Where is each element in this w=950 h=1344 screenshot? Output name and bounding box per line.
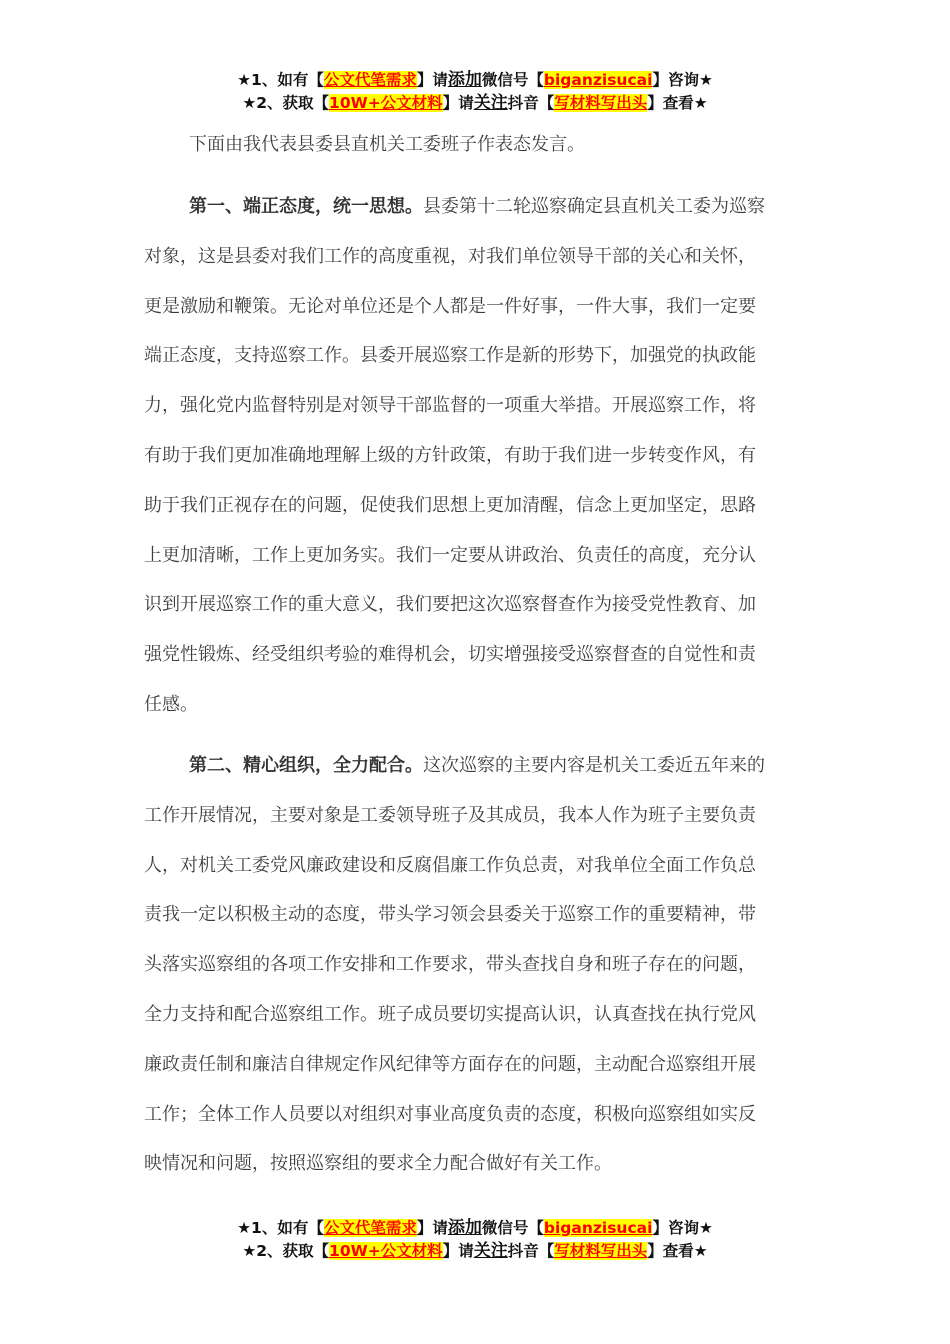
section-2: 第二、精心组织，全力配合。这次巡察的主要内容是机关工委近五年来的 工作开展情况，…: [144, 741, 806, 1189]
banner-text: 微信号【: [482, 1219, 544, 1237]
text-line: 端正态度，支持巡察工作。县委开展巡察工作是新的形势下，加强党的执政能: [144, 331, 806, 381]
header-banner: ★1、如有【公文代笔需求】请添加微信号【biganzisucai】咨询★ ★2、…: [0, 69, 950, 115]
banner-text: 】请: [417, 71, 448, 89]
text-line: 识到开展巡察工作的重大意义，我们要把这次巡察督查作为接受党性教育、加: [144, 580, 806, 630]
text-line: 头落实巡察组的各项工作安排和工作要求，带头查找自身和班子存在的问题，: [144, 940, 806, 990]
footer-banner: ★1、如有【公文代笔需求】请添加微信号【biganzisucai】咨询★ ★2、…: [0, 1217, 950, 1263]
section-heading: 第一、端正态度，统一思想。: [189, 196, 423, 217]
highlight-materials: 10W+公文材料: [329, 1242, 443, 1260]
text-line: 廉政责任制和廉洁自律规定作风纪律等方面存在的问题，主动配合巡察组开展: [144, 1040, 806, 1090]
text-line: 任感。: [144, 680, 806, 730]
banner-text: 】查看★: [647, 1242, 707, 1260]
text-line: 人，对机关工委党风廉政建设和反腐倡廉工作负总责，对我单位全面工作负总: [144, 841, 806, 891]
text-line: 映情况和问题，按照巡察组的要求全力配合做好有关工作。: [144, 1139, 806, 1189]
text-line: 上更加清晰，工作上更加务实。我们一定要从讲政治、负责任的高度，充分认: [144, 531, 806, 581]
underlined-text: 关注: [474, 1241, 508, 1261]
text-line: 工作开展情况，主要对象是工委领导班子及其成员，我本人作为班子主要负责: [144, 791, 806, 841]
underlined-text: 添加: [448, 70, 482, 90]
banner-line-1: ★1、如有【公文代笔需求】请添加微信号【biganzisucai】咨询★: [0, 1217, 950, 1240]
text-line: 对象，这是县委对我们工作的高度重视，对我们单位领导干部的关心和关怀，: [144, 232, 806, 282]
banner-text: 】请: [417, 1219, 448, 1237]
text-line: 全力支持和配合巡察组工作。班子成员要切实提高认识，认真查找在执行党风: [144, 990, 806, 1040]
banner-text: 】咨询★: [652, 1219, 712, 1237]
banner-text: ★1、如有【: [237, 71, 324, 89]
banner-text: 微信号【: [482, 71, 544, 89]
paragraph: 第二、精心组织，全力配合。这次巡察的主要内容是机关工委近五年来的: [144, 741, 806, 791]
highlight-douyin-id: 写材料写出头: [554, 94, 647, 112]
banner-text: 抖音【: [508, 94, 555, 112]
banner-text: ★2、获取【: [242, 1242, 329, 1260]
text-line: 责我一定以积极主动的态度，带头学习领会县委关于巡察工作的重要精神，带: [144, 890, 806, 940]
text-line: 助于我们正视存在的问题，促使我们思想上更加清醒，信念上更加坚定，思路: [144, 481, 806, 531]
intro-paragraph: 下面由我代表县委县直机关工委班子作表态发言。: [144, 128, 806, 162]
banner-line-2: ★2、获取【10W+公文材料】请关注抖音【写材料写出头】查看★: [0, 92, 950, 115]
text-line: 工作；全体工作人员要以对组织对事业高度负责的态度，积极向巡察组如实反: [144, 1090, 806, 1140]
highlight-douyin-id: 写材料写出头: [554, 1242, 647, 1260]
banner-text: ★1、如有【: [237, 1219, 324, 1237]
banner-line-2: ★2、获取【10W+公文材料】请关注抖音【写材料写出头】查看★: [0, 1240, 950, 1263]
paragraph: 第一、端正态度，统一思想。县委第十二轮巡察确定县直机关工委为巡察: [144, 182, 806, 232]
banner-text: 】请: [443, 1242, 474, 1260]
banner-text: ★2、获取【: [242, 94, 329, 112]
text-line: 这次巡察的主要内容是机关工委近五年来的: [423, 755, 765, 776]
section-heading: 第二、精心组织，全力配合。: [189, 755, 423, 776]
banner-text: 】请: [443, 94, 474, 112]
banner-text: 抖音【: [508, 1242, 555, 1260]
banner-line-1: ★1、如有【公文代笔需求】请添加微信号【biganzisucai】咨询★: [0, 69, 950, 92]
underlined-text: 关注: [474, 93, 508, 113]
highlight-wechat-id: biganzisucai: [544, 1219, 653, 1237]
underlined-text: 添加: [448, 1218, 482, 1238]
text-line: 有助于我们更加准确地理解上级的方针政策，有助于我们进一步转变作风，有: [144, 431, 806, 481]
highlight-materials: 10W+公文材料: [329, 94, 443, 112]
highlight-service: 公文代笔需求: [324, 71, 417, 89]
text-line: 更是激励和鞭策。无论对单位还是个人都是一件好事，一件大事，我们一定要: [144, 282, 806, 332]
text-line: 强党性锻炼、经受组织考验的难得机会，切实增强接受巡察督查的自觉性和责: [144, 630, 806, 680]
text-line: 县委第十二轮巡察确定县直机关工委为巡察: [423, 196, 765, 217]
highlight-service: 公文代笔需求: [324, 1219, 417, 1237]
banner-text: 】查看★: [647, 94, 707, 112]
section-1: 第一、端正态度，统一思想。县委第十二轮巡察确定县直机关工委为巡察 对象，这是县委…: [144, 182, 806, 730]
banner-text: 】咨询★: [652, 71, 712, 89]
highlight-wechat-id: biganzisucai: [544, 71, 653, 89]
text-line: 力，强化党内监督特别是对领导干部监督的一项重大举措。开展巡察工作，将: [144, 381, 806, 431]
